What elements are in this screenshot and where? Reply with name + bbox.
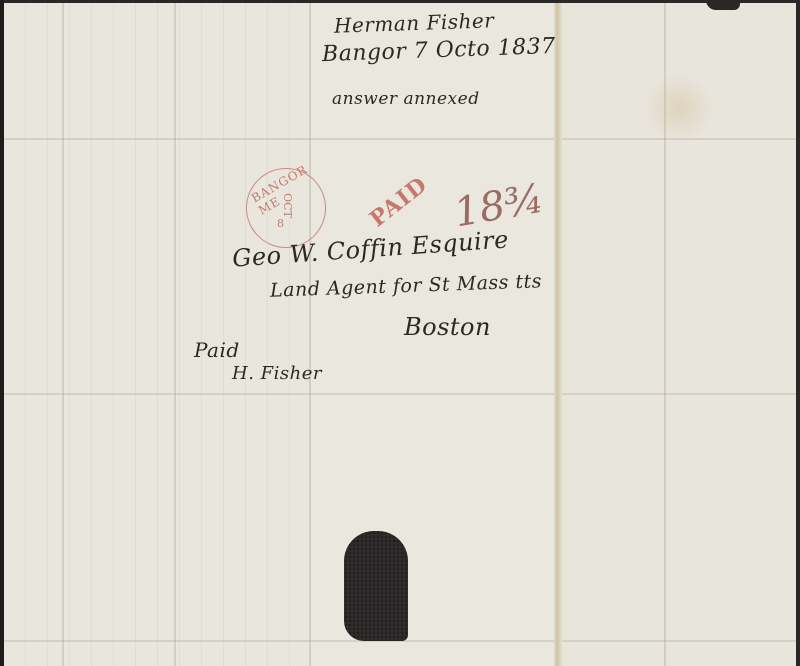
postmark-day: 8: [277, 217, 284, 230]
paid-note: Paid: [194, 338, 240, 362]
fold-line: [4, 393, 796, 395]
paper-seam: [554, 3, 562, 666]
address-city: Boston: [404, 313, 491, 341]
fold-line: [309, 3, 311, 666]
paper-tear: [706, 0, 740, 10]
left-panel: [4, 3, 309, 666]
fold-line: [62, 3, 64, 666]
letter-sheet: Herman Fisher Bangor 7 Octo 1837 answer …: [4, 3, 796, 666]
postmark-stamp: BANGOR ME OCT 8: [246, 168, 326, 248]
fold-line: [174, 3, 176, 666]
paper-stain: [644, 73, 714, 143]
paid-signature: H. Fisher: [232, 363, 322, 384]
docket-note: answer annexed: [332, 89, 480, 109]
seal-tear-hole: [344, 531, 408, 641]
postmark-month: OCT: [281, 193, 294, 218]
